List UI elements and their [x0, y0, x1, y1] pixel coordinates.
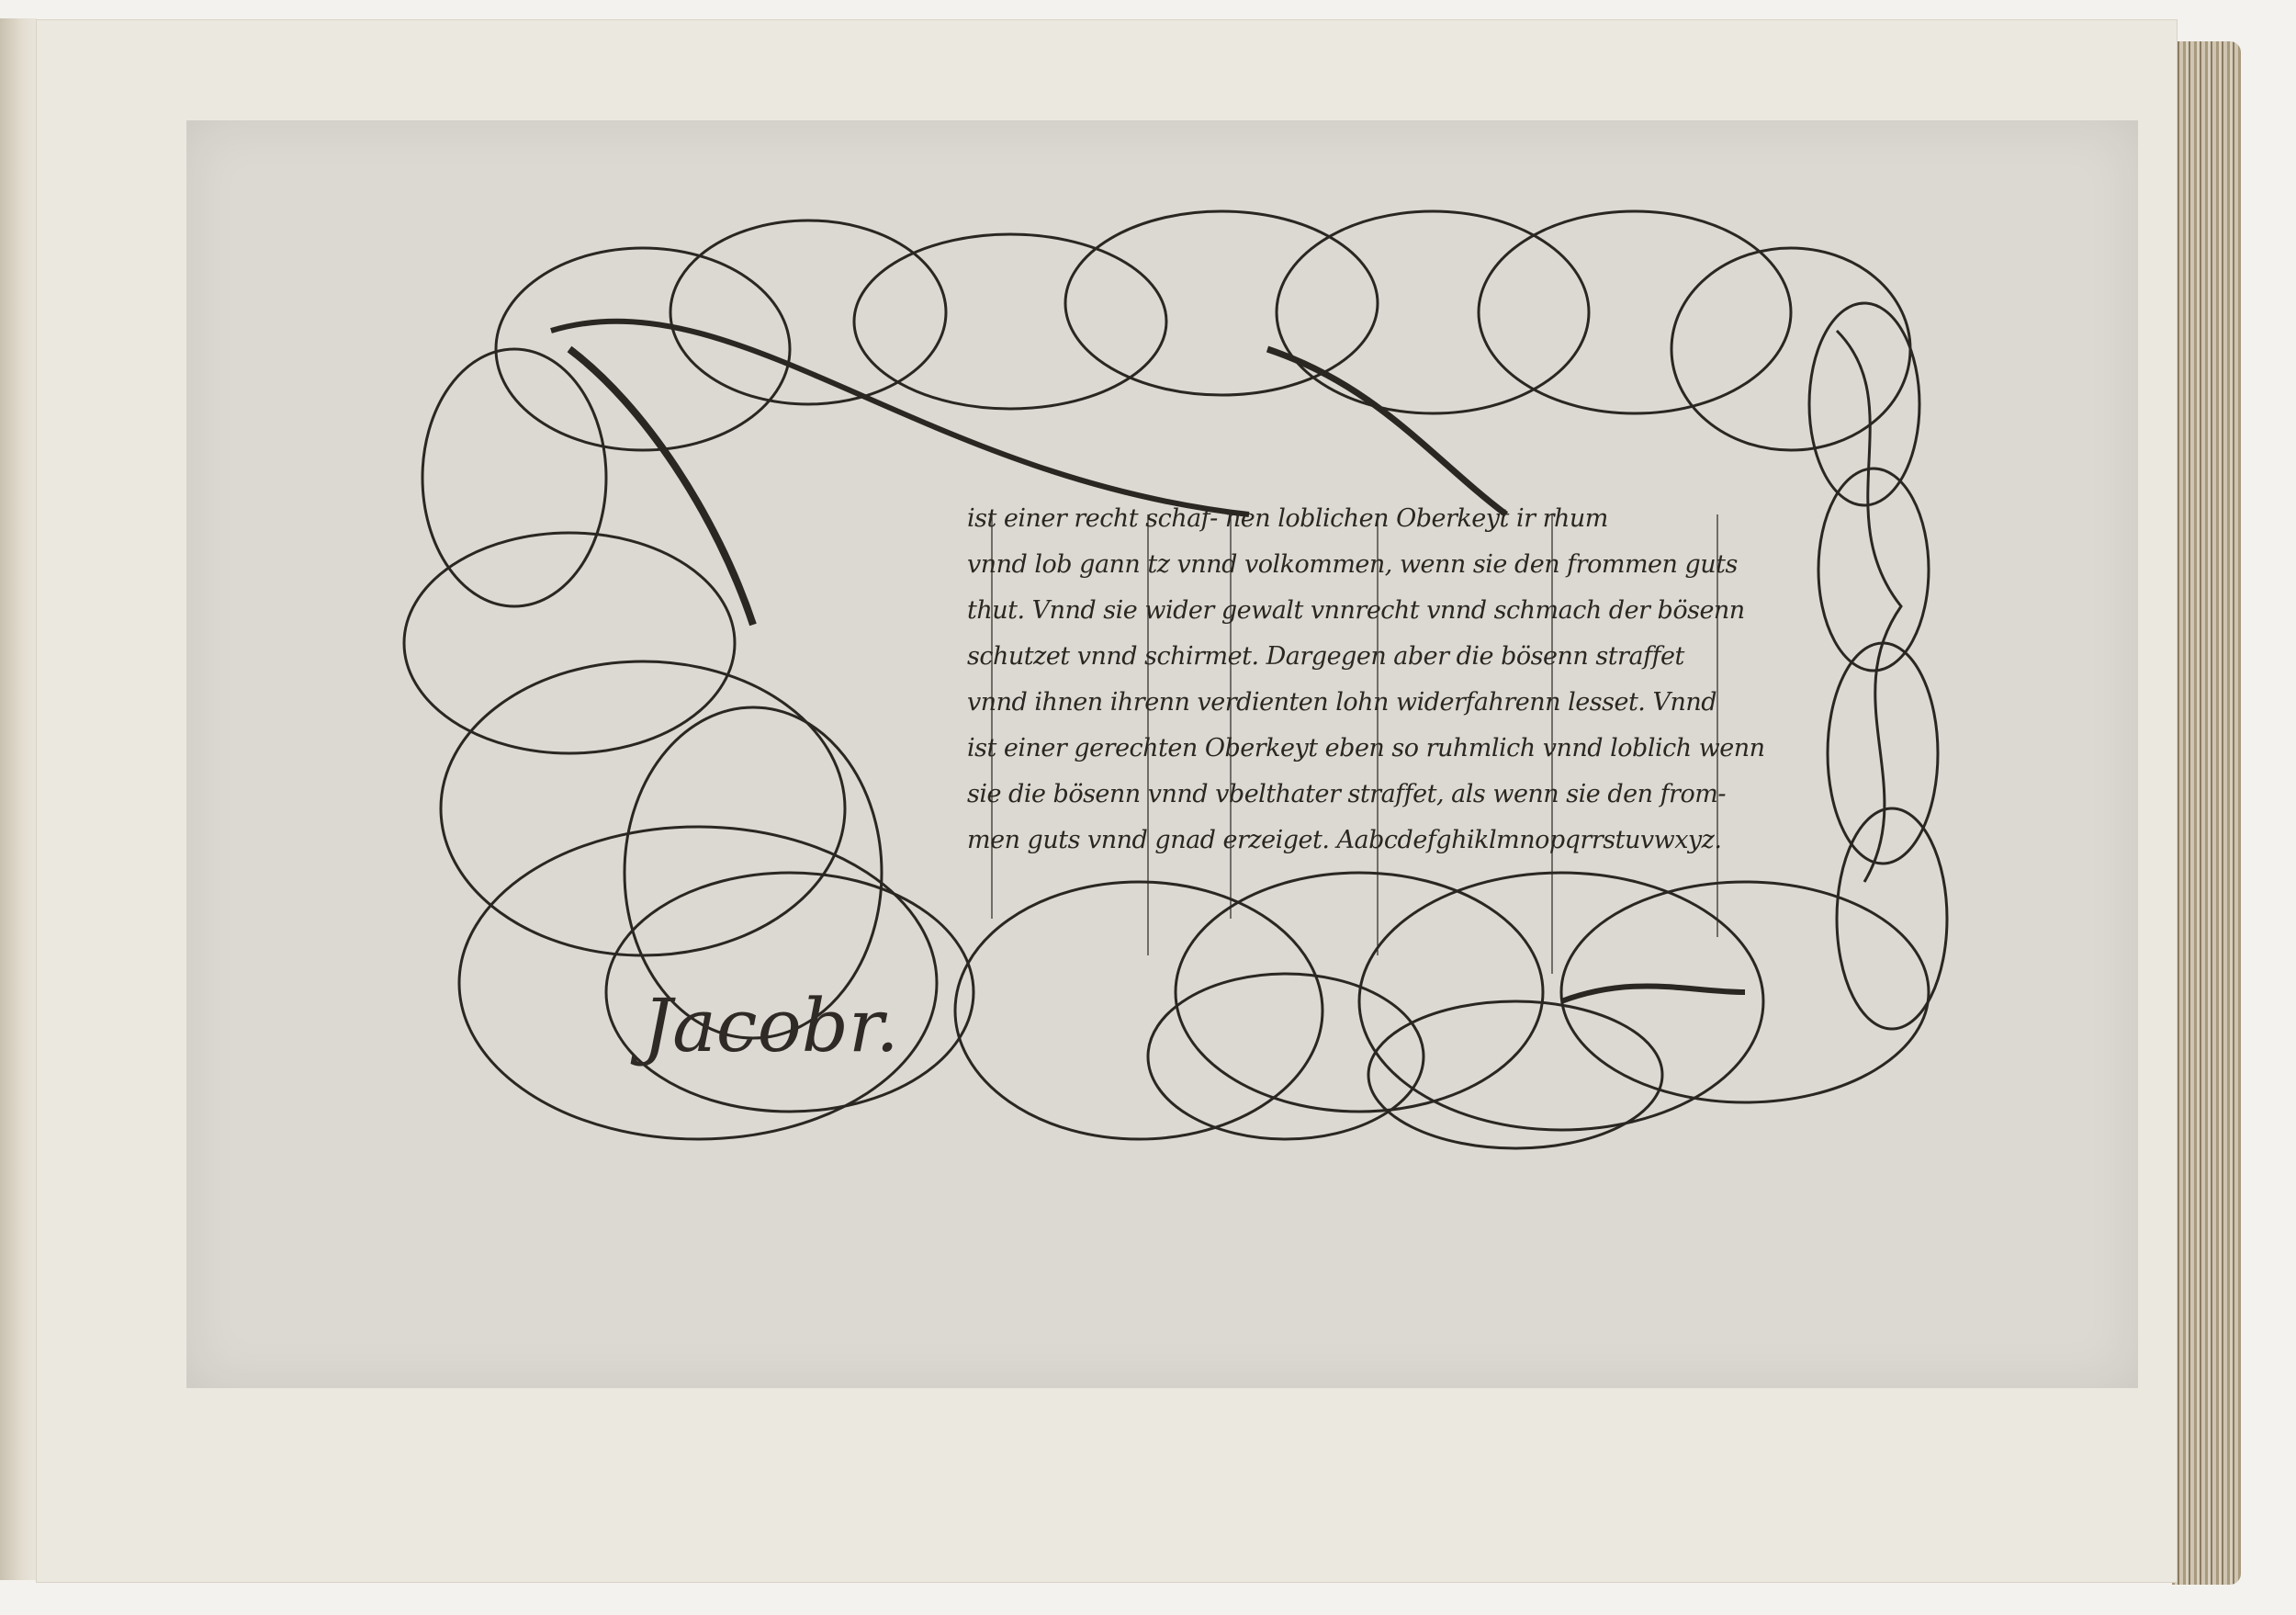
artist-signature: Jacobr.: [643, 983, 899, 1068]
text-line: ist einer gerechten Oberkeyt eben so ruh…: [967, 726, 1821, 772]
text-line: vnnd lob gann tz vnnd volkommen, wenn si…: [967, 542, 1821, 588]
text-line: men guts vnnd gnad erzeiget. Aabcdefghik…: [967, 818, 1821, 864]
text-line: ist einer recht schaf‐ nen loblichen Obe…: [967, 496, 1821, 542]
right-flourish-loops: [1809, 303, 1947, 1029]
text-line: sie die bösenn vnnd vbelthater straffet,…: [967, 772, 1821, 818]
text-line: thut. Vnnd sie wider gewalt vnnrecht vnn…: [967, 588, 1821, 634]
bottom-flourish-loops: [955, 873, 1929, 1148]
text-line: vnnd ihnen ihrenn verdienten lohn widerf…: [967, 680, 1821, 726]
calligraphy-text-block: ist einer recht schaf‐ nen loblichen Obe…: [967, 496, 1821, 864]
text-line: schutzet vnnd schirmet. Dargegen aber di…: [967, 634, 1821, 680]
